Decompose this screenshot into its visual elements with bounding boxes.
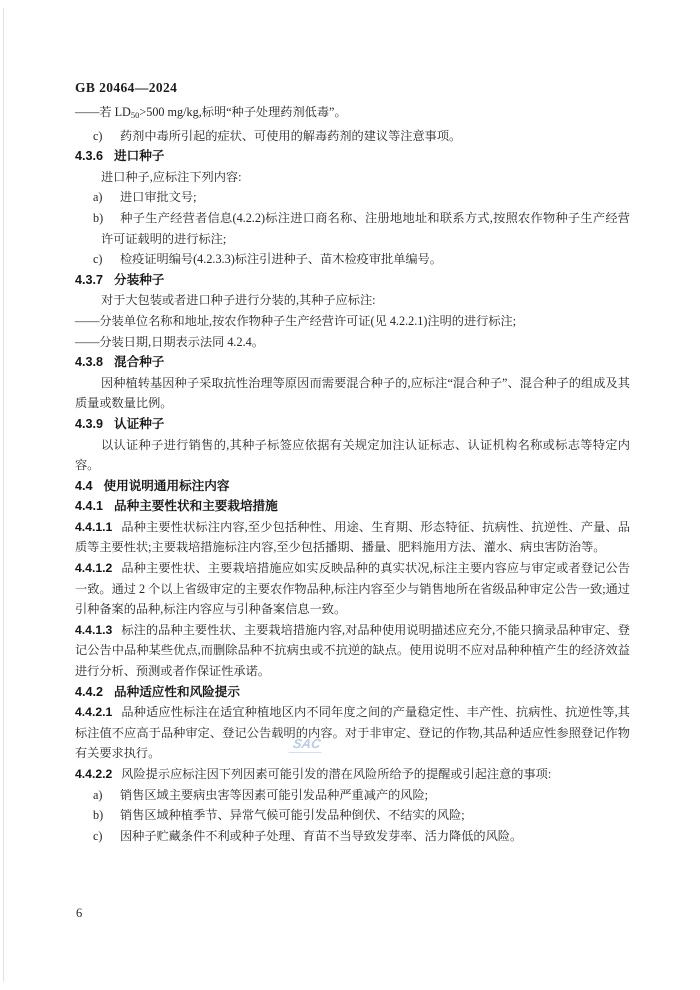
- list-item-text: 检疫证明编号(4.2.3.3)标注引进种子、苗木检疫审批单编号。: [120, 252, 442, 266]
- heading-4-3-8: 4.3.8混合种子: [75, 352, 630, 373]
- heading-number: 4.3.8: [75, 352, 103, 373]
- heading-4-4-1: 4.4.1品种主要性状和主要栽培措施: [75, 496, 630, 517]
- list-item-text: 药剂中毒所引起的症状、可使用的解毒药剂的建议等注意事项。: [120, 129, 461, 143]
- list-item: c)检疫证明编号(4.2.3.3)标注引进种子、苗木检疫审批单编号。: [101, 249, 630, 270]
- list-item-text: 进口审批文号;: [120, 190, 197, 204]
- list-item-label: a): [93, 187, 120, 208]
- clause-text: 风险提示应标注因下列因素可能引发的潜在风险所给予的提醒或引起注意的事项:: [121, 767, 551, 781]
- heading-4-3-9: 4.3.9认证种子: [75, 414, 630, 435]
- dash-item-ld50: ——若 LD50>500 mg/kg,标明“种子处理药剂低毒”。: [75, 102, 630, 123]
- clause-4-4-1-1: 4.4.1.1品种主要性状标注内容,至少包括种性、用途、生育期、形态特征、抗病性…: [75, 517, 630, 558]
- sac-watermark: SAC: [289, 736, 325, 753]
- list-item-label: c): [93, 826, 120, 847]
- list-item-label: b): [93, 208, 120, 229]
- list-item-text: 销售区域主要病虫害等因素可能引发品种严重减产的风险;: [120, 788, 428, 802]
- clause-4-4-1-3: 4.4.1.3标注的品种主要性状、主要栽培措施内容,对品种使用说明描述应充分,不…: [75, 620, 630, 682]
- clause-4-4-2-1: 4.4.2.1品种适应性标注在适宜种植地区内不同年度之间的产量稳定性、丰产性、抗…: [75, 702, 630, 764]
- list-item: c)因种子贮藏条件不利或种子处理、育苗不当导致发芽率、活力降低的风险。: [101, 826, 630, 847]
- clause-number: 4.4.2.1: [75, 705, 112, 719]
- page-number: 6: [76, 906, 82, 921]
- clause-number: 4.4.1.3: [75, 623, 112, 637]
- paragraph-4-3-8-body: 因种植转基因种子采取抗性治理等原因而需要混合种子的,应标注“混合种子”、混合种子…: [75, 373, 630, 414]
- list-item-label: b): [93, 805, 120, 826]
- clause-number: 4.4.2.2: [75, 767, 112, 781]
- list-item-text: 种子生产经营者信息(4.2.2)标注进口商名称、注册地地址和联系方式,按照农作物…: [101, 211, 630, 246]
- list-item: a)销售区域主要病虫害等因素可能引发品种严重减产的风险;: [101, 785, 630, 806]
- dash-item: ——分装单位名称和地址,按农作物种子生产经营许可证(见 4.2.2.1)注明的进…: [75, 311, 630, 332]
- heading-number: 4.3.7: [75, 270, 103, 291]
- heading-number: 4.3.6: [75, 146, 103, 167]
- page-body: ——若 LD50>500 mg/kg,标明“种子处理药剂低毒”。 c)药剂中毒所…: [75, 102, 630, 846]
- heading-title: 使用说明通用标注内容: [104, 479, 230, 493]
- heading-title: 品种适应性和风险提示: [114, 685, 240, 699]
- list-item-text: 销售区域种植季节、异常气候可能引发品种倒伏、不结实的风险;: [120, 808, 465, 822]
- heading-4-4-2: 4.4.2品种适应性和风险提示: [75, 682, 630, 703]
- heading-title: 品种主要性状和主要栽培措施: [114, 499, 278, 513]
- clause-number: 4.4.1.1: [75, 520, 112, 534]
- heading-number: 4.4.1: [75, 496, 103, 517]
- clause-text: 品种适应性标注在适宜种植地区内不同年度之间的产量稳定性、丰产性、抗病性、抗逆性等…: [75, 705, 630, 760]
- list-item: a)进口审批文号;: [101, 187, 630, 208]
- clause-text: 品种主要性状、主要栽培措施应如实反映品种的真实状况,标注主要内容应与审定或者登记…: [75, 561, 630, 616]
- heading-number: 4.4.2: [75, 682, 103, 703]
- standard-number: GB 20464—2024: [75, 80, 177, 96]
- document-page: GB 20464—2024 ——若 LD50>500 mg/kg,标明“种子处理…: [0, 0, 700, 990]
- heading-title: 进口种子: [114, 149, 164, 163]
- clause-text: 品种主要性状标注内容,至少包括种性、用途、生育期、形态特征、抗病性、抗逆性、产量…: [75, 520, 630, 555]
- heading-title: 认证种子: [114, 417, 164, 431]
- heading-title: 混合种子: [114, 355, 164, 369]
- list-item-label: c): [93, 126, 120, 147]
- list-item: b)种子生产经营者信息(4.2.2)标注进口商名称、注册地地址和联系方式,按照农…: [101, 208, 630, 249]
- dash-item: ——分装日期,日期表示法同 4.2.4。: [75, 332, 630, 353]
- clause-number: 4.4.1.2: [75, 561, 112, 575]
- paragraph-4-3-9-body: 以认证种子进行销售的,其种子标签应依据有关规定加注认证标志、认证机构名称或标志等…: [75, 435, 630, 476]
- paragraph-4-3-6-intro: 进口种子,应标注下列内容:: [75, 167, 630, 188]
- list-item-label: c): [93, 249, 120, 270]
- clause-4-4-2-2: 4.4.2.2风险提示应标注因下列因素可能引发的潜在风险所给予的提醒或引起注意的…: [75, 764, 630, 785]
- heading-number: 4.4: [75, 476, 93, 497]
- ld50-suffix: >500 mg/kg,标明“种子处理药剂低毒”。: [139, 105, 346, 119]
- heading-title: 分装种子: [114, 273, 164, 287]
- list-item-text: 因种子贮藏条件不利或种子处理、育苗不当导致发芽率、活力降低的风险。: [120, 829, 522, 843]
- heading-4-3-6: 4.3.6进口种子: [75, 146, 630, 167]
- heading-4-3-7: 4.3.7分装种子: [75, 270, 630, 291]
- list-item: c)药剂中毒所引起的症状、可使用的解毒药剂的建议等注意事项。: [101, 126, 630, 147]
- heading-number: 4.3.9: [75, 414, 103, 435]
- list-item: b)销售区域种植季节、异常气候可能引发品种倒伏、不结实的风险;: [101, 805, 630, 826]
- paragraph-4-3-7-intro: 对于大包装或者进口种子进行分装的,其种子应标注:: [75, 290, 630, 311]
- clause-4-4-1-2: 4.4.1.2品种主要性状、主要栽培措施应如实反映品种的真实状况,标注主要内容应…: [75, 558, 630, 620]
- heading-4-4: 4.4使用说明通用标注内容: [75, 476, 630, 497]
- list-item-label: a): [93, 785, 120, 806]
- scan-edge-line: [3, 8, 4, 982]
- ld50-prefix: ——若 LD: [75, 105, 131, 119]
- clause-text: 标注的品种主要性状、主要栽培措施内容,对品种使用说明描述应充分,不能只摘录品种审…: [75, 623, 630, 678]
